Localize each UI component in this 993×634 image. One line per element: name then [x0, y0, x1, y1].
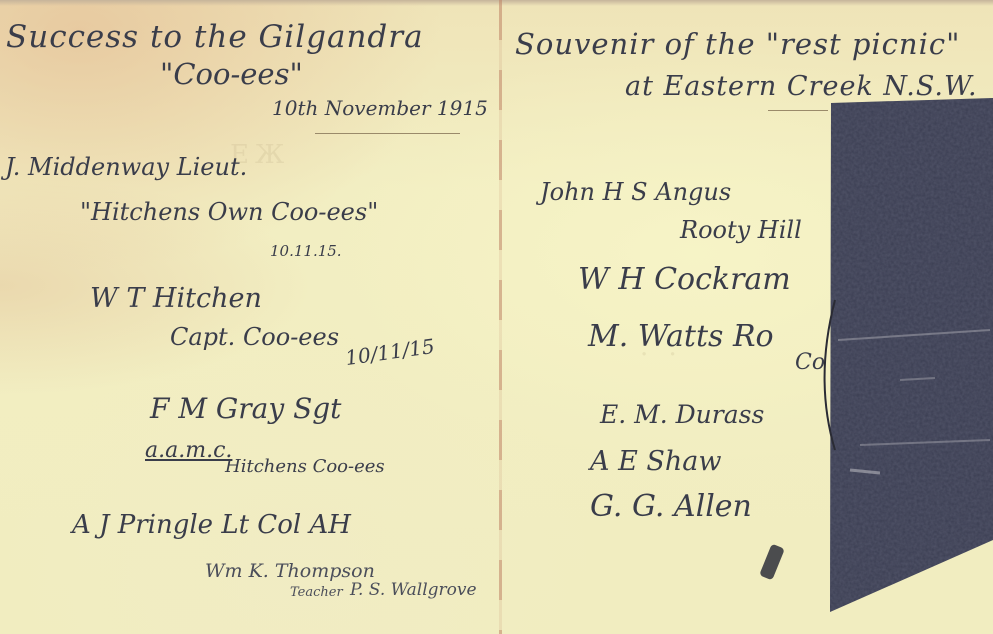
fabric-swatch [0, 0, 993, 634]
document-page: ЕЖ · · Success to the Gilgandra "Coo-ees… [0, 0, 993, 634]
